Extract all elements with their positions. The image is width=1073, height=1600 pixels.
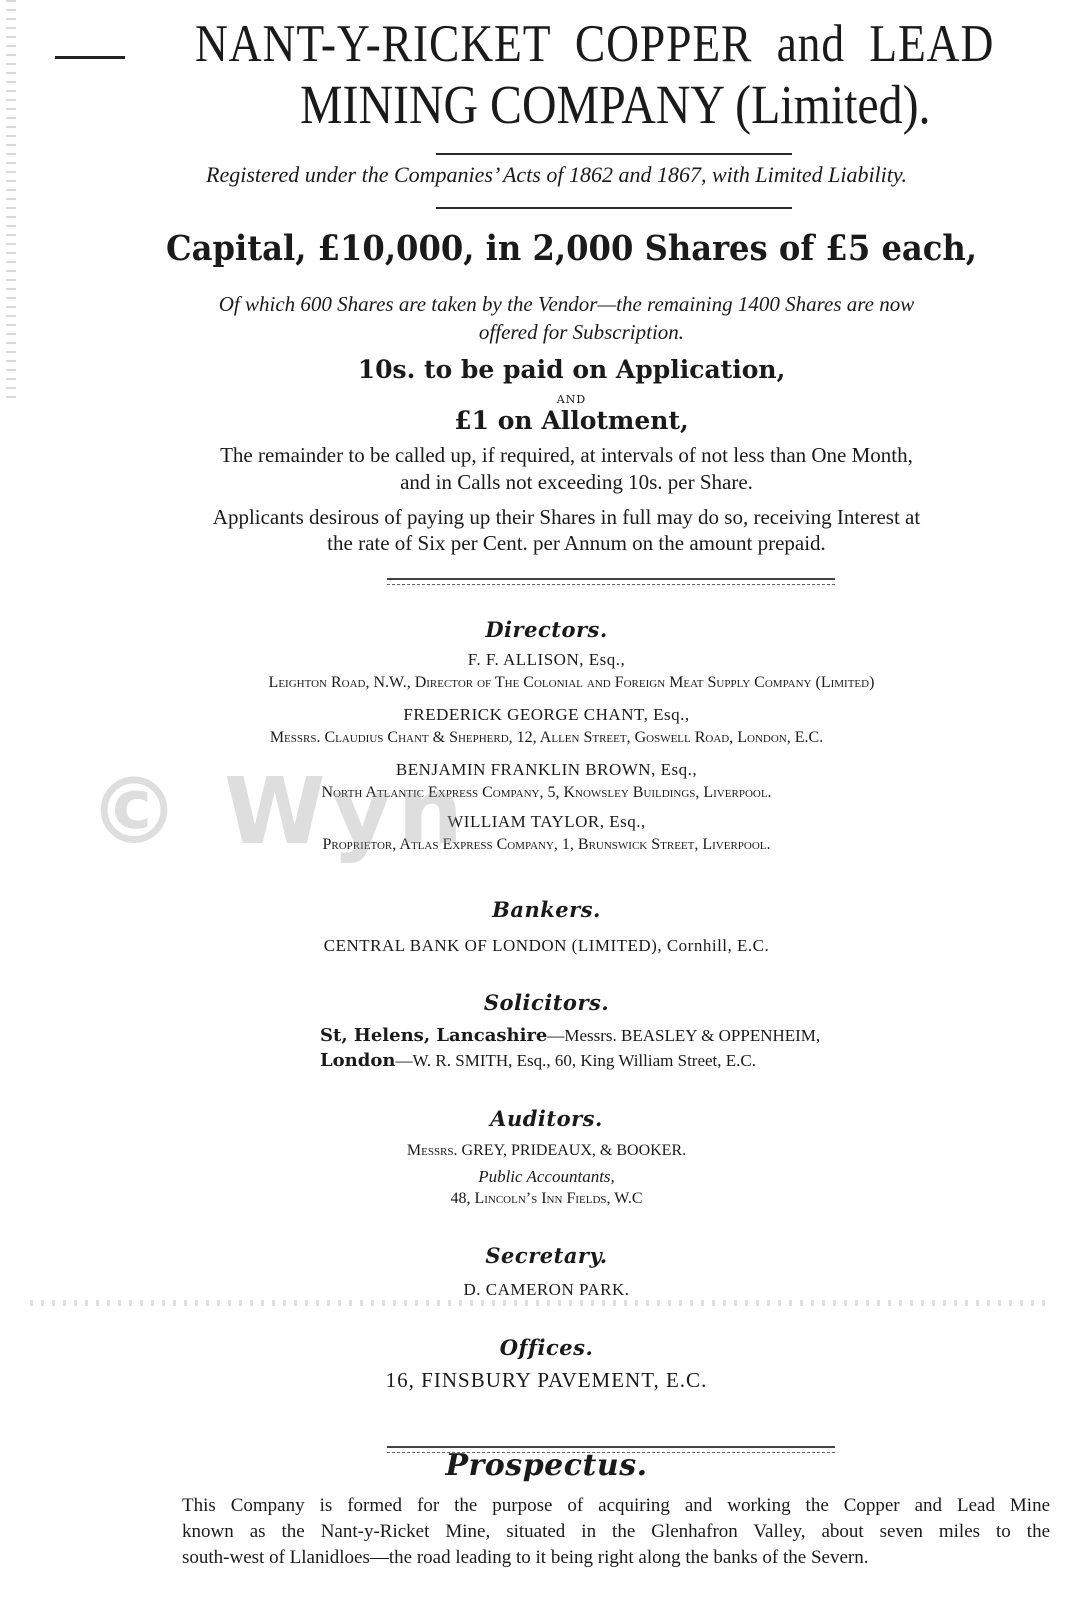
offices-heading: Offices.	[10, 1335, 1073, 1360]
director-detail: Leighton Road, N.W., Director of The Col…	[35, 674, 1073, 692]
prospectus-page: NANT-Y-RICKET COPPER and LEAD MINING COM…	[0, 0, 1073, 1600]
director-detail: Messrs. Claudius Chant & Shepherd, 12, A…	[10, 729, 1073, 747]
solicitor-place: St, Helens, Lancashire	[320, 1025, 547, 1046]
divider-rule	[436, 153, 792, 155]
vendor-shares-line1: Of which 600 Shares are taken by the Ven…	[30, 292, 1073, 317]
prepayment-terms-line1: Applicants desirous of paying up their S…	[30, 505, 1073, 530]
auditors-heading: Auditors.	[10, 1106, 1073, 1131]
director-name: FREDERICK GEORGE CHANT, Esq.,	[10, 705, 1073, 725]
remainder-terms-line1: The remainder to be called up, if requir…	[30, 443, 1073, 468]
bankers-heading: Bankers.	[10, 897, 1073, 922]
auditors-address: 48, Lincoln’s Inn Fields, W.C	[10, 1190, 1073, 1208]
and-connector: AND	[35, 393, 1073, 406]
vendor-shares-line2: offered for Subscription.	[45, 320, 1073, 345]
solicitors-heading: Solicitors.	[10, 990, 1073, 1015]
solicitor-firm: —Messrs. BEASLEY & OPPENHEIM,	[547, 1026, 820, 1045]
scan-noise-artifact	[30, 1300, 1050, 1306]
bankers-detail: CENTRAL BANK OF LONDON (LIMITED), Cornhi…	[10, 936, 1073, 956]
copyright-watermark: © Wyn	[88, 758, 469, 865]
solicitor-firm: —W. R. SMITH, Esq., 60, King William Str…	[395, 1051, 756, 1070]
solicitor-lancashire: St, Helens, Lancashire—Messrs. BEASLEY &…	[320, 1025, 820, 1046]
auditors-firm: Messrs. GREY, PRIDEAUX, & BOOKER.	[10, 1142, 1073, 1160]
company-title-line1: NANT-Y-RICKET COPPER and LEAD	[195, 14, 917, 74]
prospectus-paragraph: This Company is formed for the purpose o…	[182, 1493, 1050, 1571]
section-divider	[387, 578, 835, 585]
solicitor-place: London	[320, 1050, 395, 1071]
prepayment-terms-line2: the rate of Six per Cent. per Annum on t…	[40, 531, 1073, 556]
allotment-payment: £1 on Allotment,	[35, 406, 1073, 435]
auditors-role: Public Accountants,	[10, 1167, 1073, 1187]
prospectus-heading: Prospectus.	[10, 1448, 1073, 1483]
director-name: F. F. ALLISON, Esq.,	[10, 650, 1073, 670]
scan-margin-artifact	[6, 0, 16, 400]
divider-rule	[436, 207, 792, 209]
paragraph-line: south-west of Llanidloes—the road leadin…	[182, 1545, 1050, 1571]
offices-address: 16, FINSBURY PAVEMENT, E.C.	[10, 1368, 1073, 1393]
company-title-line2: MINING COMPANY (Limited).	[300, 74, 926, 136]
registration-statement: Registered under the Companies’ Acts of …	[20, 162, 1073, 188]
secretary-heading: Secretary.	[10, 1243, 1073, 1268]
directors-heading: Directors.	[10, 617, 1073, 642]
application-payment: 10s. to be paid on Application,	[35, 355, 1073, 384]
paragraph-line: This Company is formed for the purpose o…	[182, 1493, 1050, 1519]
margin-dash	[55, 56, 125, 59]
paragraph-line: known as the Nant-y-Ricket Mine, situate…	[182, 1519, 1050, 1545]
secretary-name: D. CAMERON PARK.	[10, 1280, 1073, 1300]
solicitor-london: London—W. R. SMITH, Esq., 60, King Willi…	[320, 1050, 756, 1071]
remainder-terms-line2: and in Calls not exceeding 10s. per Shar…	[40, 470, 1073, 495]
capital-headline: Capital, £10,000, in 2,000 Shares of £5 …	[78, 228, 1065, 269]
